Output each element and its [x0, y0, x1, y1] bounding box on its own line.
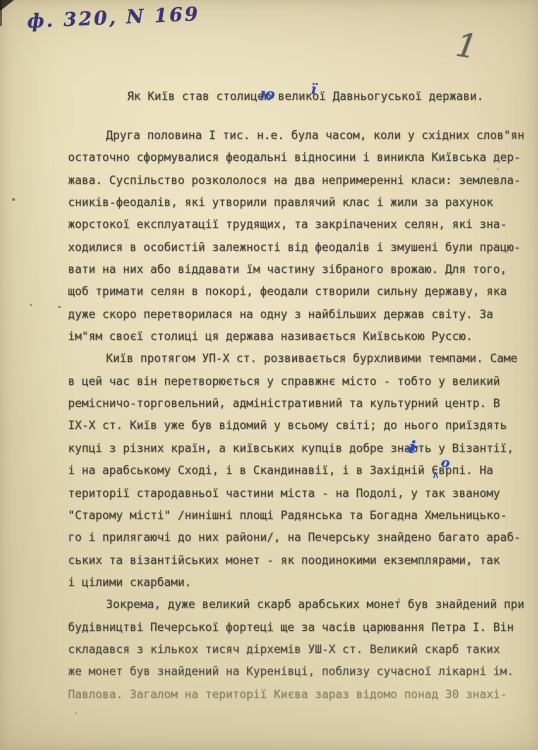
document-body: Друга половина І тис. н.е. була часом, к… — [68, 124, 533, 705]
typed-line: ходилися в особистій залежності від феод… — [68, 236, 533, 258]
typed-line: складався з кількох тисяч дірхемів УШ-Х … — [68, 638, 533, 660]
typed-line: купці з різних країн, а київських купців… — [68, 437, 533, 459]
archival-fond-number: ф. 320, N 169 — [27, 3, 201, 33]
typed-line: Павлова. Загалом на території Києва зара… — [68, 683, 533, 705]
typed-line: щоб тримати селян в покорі, феодали ство… — [68, 280, 533, 302]
typed-line: дуже скоро перетворилася на одну з найбі… — [68, 303, 533, 325]
handwritten-correction-yu: ю — [259, 84, 275, 103]
scanned-document-page: { "page": { "archival_mark": "ф. 320, N … — [0, 0, 538, 750]
page-number: 1 — [453, 25, 480, 67]
typed-line: же монет був знайдений на Куренівці, поб… — [68, 660, 533, 682]
typed-line: ських та візантійських монет - як поодин… — [68, 549, 533, 571]
typed-line: Київ протягом УП-Х ст. розвивається бурх… — [68, 347, 533, 369]
typed-line: в цей час він перетворюється у справжнє … — [68, 370, 533, 392]
scan-edge-line — [0, 0, 2, 26]
typed-line: жорстокої експлуатації трудящих, та закр… — [68, 213, 533, 235]
handwritten-correction-yi: ї — [311, 82, 317, 98]
typed-line: будівництві Печерської фортеці ще за час… — [68, 616, 533, 638]
paper-speck — [12, 198, 15, 201]
typed-line: Друга половина І тис. н.е. була часом, к… — [68, 124, 533, 146]
paper-speck — [398, 598, 400, 601]
typed-line: території стародавньої частини міста - н… — [68, 482, 533, 504]
typed-line: ім"ям своєї столиці ця держава називаєть… — [68, 325, 533, 347]
paper-speck — [75, 712, 77, 714]
typed-line: Зокрема, дуже великий скарб арабських мо… — [68, 593, 533, 615]
handwritten-caret-mark: ∧ — [432, 470, 440, 481]
typed-line: ремісничо-торговельний, адміністративний… — [68, 392, 533, 414]
typed-line: і на арабському Сході, і в Скандинавії, … — [68, 459, 533, 481]
typed-line: вати на них або віддавати їм частину зіб… — [68, 258, 533, 280]
typed-line: жава. Суспільство розкололося на два неп… — [68, 169, 533, 191]
paper-speck — [497, 168, 499, 170]
typed-line: го і прилягаючі до них райони/, на Печер… — [68, 526, 533, 548]
paper-speck — [30, 304, 32, 306]
typed-line: остаточно сформувалися феодальні відноси… — [68, 146, 533, 168]
typed-line: сників-феодалів, які утворили правлячий … — [68, 191, 533, 213]
paper-speck — [58, 306, 61, 308]
document-title: Як Київ став столицею великої Давньогусь… — [127, 89, 484, 103]
typed-line: "Старому місті" /нинішні площі Радянська… — [68, 504, 533, 526]
typed-line: і цілими скарбами. — [68, 571, 533, 593]
scan-corner-shadow — [0, 0, 14, 11]
typed-line: ІХ-Х ст. Київ уже був відомий у всьому с… — [68, 414, 533, 436]
